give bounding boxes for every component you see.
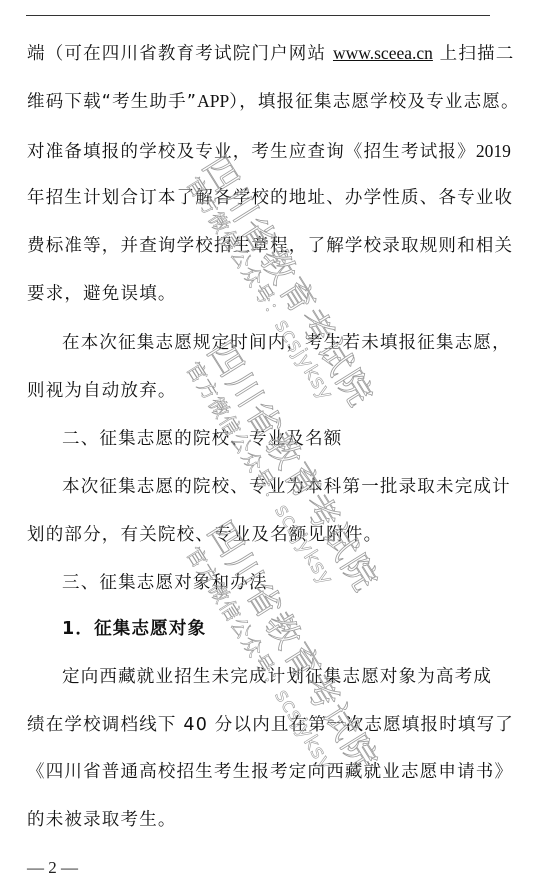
watermark-org: 四川省教育考试院 <box>198 330 392 600</box>
text-segment: ），填报征集志愿学校及专业志愿。 <box>229 92 519 112</box>
text-line-1: 端（可在四川省教育考试院门户网站 www.sceea.cn 上扫描二 <box>27 41 492 66</box>
text-line-6: 要求，避免误填。 <box>27 282 492 306</box>
text-line-15: 绩在学校调档线下 40 分以内且在第一次志愿填报时填写了 <box>27 713 492 737</box>
text-line-2: 维码下载“考生助手”APP），填报征集志愿学校及专业志愿。 <box>27 89 492 114</box>
watermark-org: 四川省教育考试院 <box>198 510 392 780</box>
section-heading-3: 三、征集志愿对象和办法 <box>62 571 527 595</box>
page-number: — 2 — <box>27 858 78 878</box>
text-line-8: 则视为自动放弃。 <box>27 379 492 403</box>
header-rule <box>26 15 490 16</box>
paragraph-start-line: 定向西藏就业招生未完成计划征集志愿对象为高考成 <box>62 665 527 689</box>
text-line-4: 年招生计划合订本了解各学校的地址、办学性质、各专业收 <box>27 186 492 210</box>
app-name: APP <box>197 91 229 111</box>
paragraph-start-line: 在本次征集志愿规定时间内，考生若未填报征集志愿， <box>62 331 527 355</box>
year: 2019 <box>476 141 511 161</box>
subsection-heading-1: 1．征集志愿对象 <box>62 617 527 641</box>
paragraph-start-line: 本次征集志愿的院校、专业为本科第一批录取未完成计 <box>62 475 527 499</box>
text-line-16: 《四川省普通高校招生考生报考定向西藏就业志愿申请书》 <box>27 760 492 784</box>
text-line-17: 的未被录取考生。 <box>27 808 492 832</box>
text-line-5: 费标准等，并查询学校招生章程，了解学校录取规则和相关 <box>27 234 492 258</box>
text-line-3: 对准备填报的学校及专业，考生应查询《招生考试报》2019 <box>27 139 492 164</box>
text-segment: 端（可在四川省教育考试院门户网站 <box>27 44 333 64</box>
text-segment: 维码下载“考生助手” <box>27 92 197 112</box>
website-link[interactable]: www.sceea.cn <box>333 43 433 63</box>
text-segment: 上扫描二 <box>433 44 515 64</box>
text-segment: 对准备填报的学校及专业，考生应查询《招生考试报》 <box>27 142 476 162</box>
section-heading-2: 二、征集志愿的院校、专业及名额 <box>62 427 527 451</box>
text-line-11: 划的部分，有关院校、专业及名额见附件。 <box>27 523 492 547</box>
